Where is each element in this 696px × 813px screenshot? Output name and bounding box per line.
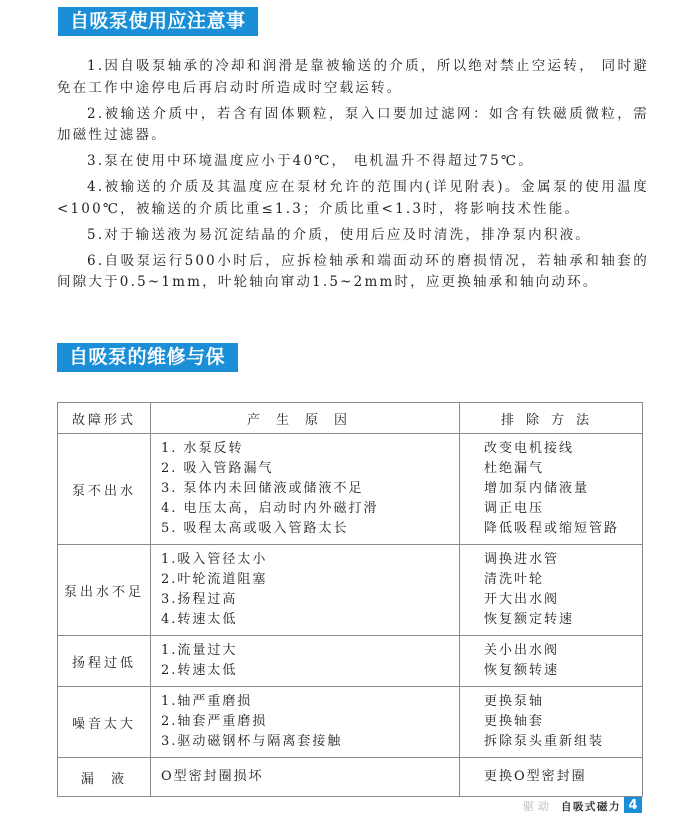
table-row: 漏 液 O型密封圈损坏 更换O型密封圈 xyxy=(58,758,643,797)
fixes-cell: 改变电机接线 杜绝漏气 增加泵内储液量 调正电压 降低吸程或缩短管路 xyxy=(460,434,643,545)
table-row: 泵出水不足 1.吸入管径太小 2.叶轮流道阻塞 3.扬程过高 4.转速太低 调换… xyxy=(58,545,643,636)
footer-brand: 自吸式磁力 xyxy=(561,799,621,813)
note-item: 3.泵在使用中环境温度应小于40℃， 电机温升不得超过75℃。 xyxy=(57,151,649,173)
causes-cell: 1.吸入管径太小 2.叶轮流道阻塞 3.扬程过高 4.转速太低 xyxy=(151,545,460,636)
usage-notes-list: 1.因自吸泵轴承的冷却和润滑是靠被输送的介质，所以绝对禁止空运转， 同时避免在工… xyxy=(57,56,649,298)
page-number-badge: 4 xyxy=(624,797,642,813)
note-item: 4.被输送的介质及其温度应在泵材允许的范围内(详见附表)。金属泵的使用温度<10… xyxy=(57,177,649,220)
cause-item: O型密封圈损坏 xyxy=(161,767,459,787)
fault-cell: 扬程过低 xyxy=(58,636,151,687)
cause-item: 1. 水泵反转 xyxy=(161,439,459,459)
note-item: 5.对于输送液为易沉淀结晶的介质，使用后应及时清洗，排净泵内积液。 xyxy=(57,225,649,247)
fault-cell: 泵不出水 xyxy=(58,434,151,545)
cause-item: 3. 泵体内未回储液或储液不足 xyxy=(161,479,459,499)
fix-item: 更换轴套 xyxy=(484,712,642,732)
table-header-row: 故障形式 产生原因 排除方法 xyxy=(58,403,643,434)
cause-item: 1.吸入管径太小 xyxy=(161,550,459,570)
cause-item: 3.扬程过高 xyxy=(161,590,459,610)
table-row: 扬程过低 1.流量过大 2.转速太低 关小出水阀 恢复额转速 xyxy=(58,636,643,687)
footer-ghost-text: 驱动 xyxy=(523,798,553,813)
fixes-cell: 关小出水阀 恢复额转速 xyxy=(460,636,643,687)
fix-item: 关小出水阀 xyxy=(484,641,642,661)
table-row: 泵不出水 1. 水泵反转 2. 吸入管路漏气 3. 泵体内未回储液或储液不足 4… xyxy=(58,434,643,545)
cause-item: 4.转速太低 xyxy=(161,610,459,630)
cause-item: 2. 吸入管路漏气 xyxy=(161,459,459,479)
page-footer: 驱动 自吸式磁力 4 xyxy=(523,797,642,813)
fix-item: 恢复额转速 xyxy=(484,661,642,681)
fix-item: 调换进水管 xyxy=(484,550,642,570)
fix-item: 改变电机接线 xyxy=(484,439,642,459)
note-item: 2.被输送介质中，若含有固体颗粒，泵入口要加过滤网：如含有铁磁质微粒，需加磁性过… xyxy=(57,104,649,147)
cause-item: 2.转速太低 xyxy=(161,661,459,681)
table-row: 噪音太大 1.轴严重磨损 2.轴套严重磨损 3.驱动磁钢杯与隔离套接触 更换泵轴… xyxy=(58,687,643,758)
causes-cell: 1.轴严重磨损 2.轴套严重磨损 3.驱动磁钢杯与隔离套接触 xyxy=(151,687,460,758)
fix-item: 更换O型密封圈 xyxy=(484,767,642,787)
fix-item: 清洗叶轮 xyxy=(484,570,642,590)
fix-item: 杜绝漏气 xyxy=(484,459,642,479)
cause-item: 3.驱动磁钢杯与隔离套接触 xyxy=(161,732,459,752)
causes-cell: 1.流量过大 2.转速太低 xyxy=(151,636,460,687)
fix-item: 增加泵内储液量 xyxy=(484,479,642,499)
cause-item: 2.叶轮流道阻塞 xyxy=(161,570,459,590)
causes-cell: 1. 水泵反转 2. 吸入管路漏气 3. 泵体内未回储液或储液不足 4. 电压太… xyxy=(151,434,460,545)
fixes-cell: 更换泵轴 更换轴套 拆除泵头重新组装 xyxy=(460,687,643,758)
fix-item: 调正电压 xyxy=(484,499,642,519)
fix-item: 更换泵轴 xyxy=(484,692,642,712)
fix-item: 恢复额定转速 xyxy=(484,610,642,630)
fixes-cell: 调换进水管 清洗叶轮 开大出水阀 恢复额定转速 xyxy=(460,545,643,636)
fix-item: 开大出水阀 xyxy=(484,590,642,610)
section-title-maintenance: 自吸泵的维修与保养 xyxy=(57,343,238,372)
fix-item: 降低吸程或缩短管路 xyxy=(484,519,642,539)
cause-item: 5. 吸程太高或吸入管路太长 xyxy=(161,519,459,539)
note-item: 6.自吸泵运行500小时后，应拆检轴承和端面动环的磨损情况，若轴承和轴套的间隙大… xyxy=(57,251,649,294)
fault-cell: 漏 液 xyxy=(58,758,151,797)
fault-cell: 噪音太大 xyxy=(58,687,151,758)
troubleshooting-table: 故障形式 产生原因 排除方法 泵不出水 1. 水泵反转 2. 吸入管路漏气 3.… xyxy=(57,402,643,797)
fault-cell: 泵出水不足 xyxy=(58,545,151,636)
cause-item: 1.流量过大 xyxy=(161,641,459,661)
fix-item: 拆除泵头重新组装 xyxy=(484,732,642,752)
header-cause: 产生原因 xyxy=(151,403,460,434)
cause-item: 2.轴套严重磨损 xyxy=(161,712,459,732)
header-fault-type: 故障形式 xyxy=(58,403,151,434)
header-remedy: 排除方法 xyxy=(460,403,643,434)
cause-item: 1.轴严重磨损 xyxy=(161,692,459,712)
cause-item: 4. 电压太高，启动时内外磁打滑 xyxy=(161,499,459,519)
note-item: 1.因自吸泵轴承的冷却和润滑是靠被输送的介质，所以绝对禁止空运转， 同时避免在工… xyxy=(57,56,649,99)
section-title-usage-notes: 自吸泵使用应注意事项 xyxy=(58,7,258,36)
fixes-cell: 更换O型密封圈 xyxy=(460,758,643,797)
causes-cell: O型密封圈损坏 xyxy=(151,758,460,797)
